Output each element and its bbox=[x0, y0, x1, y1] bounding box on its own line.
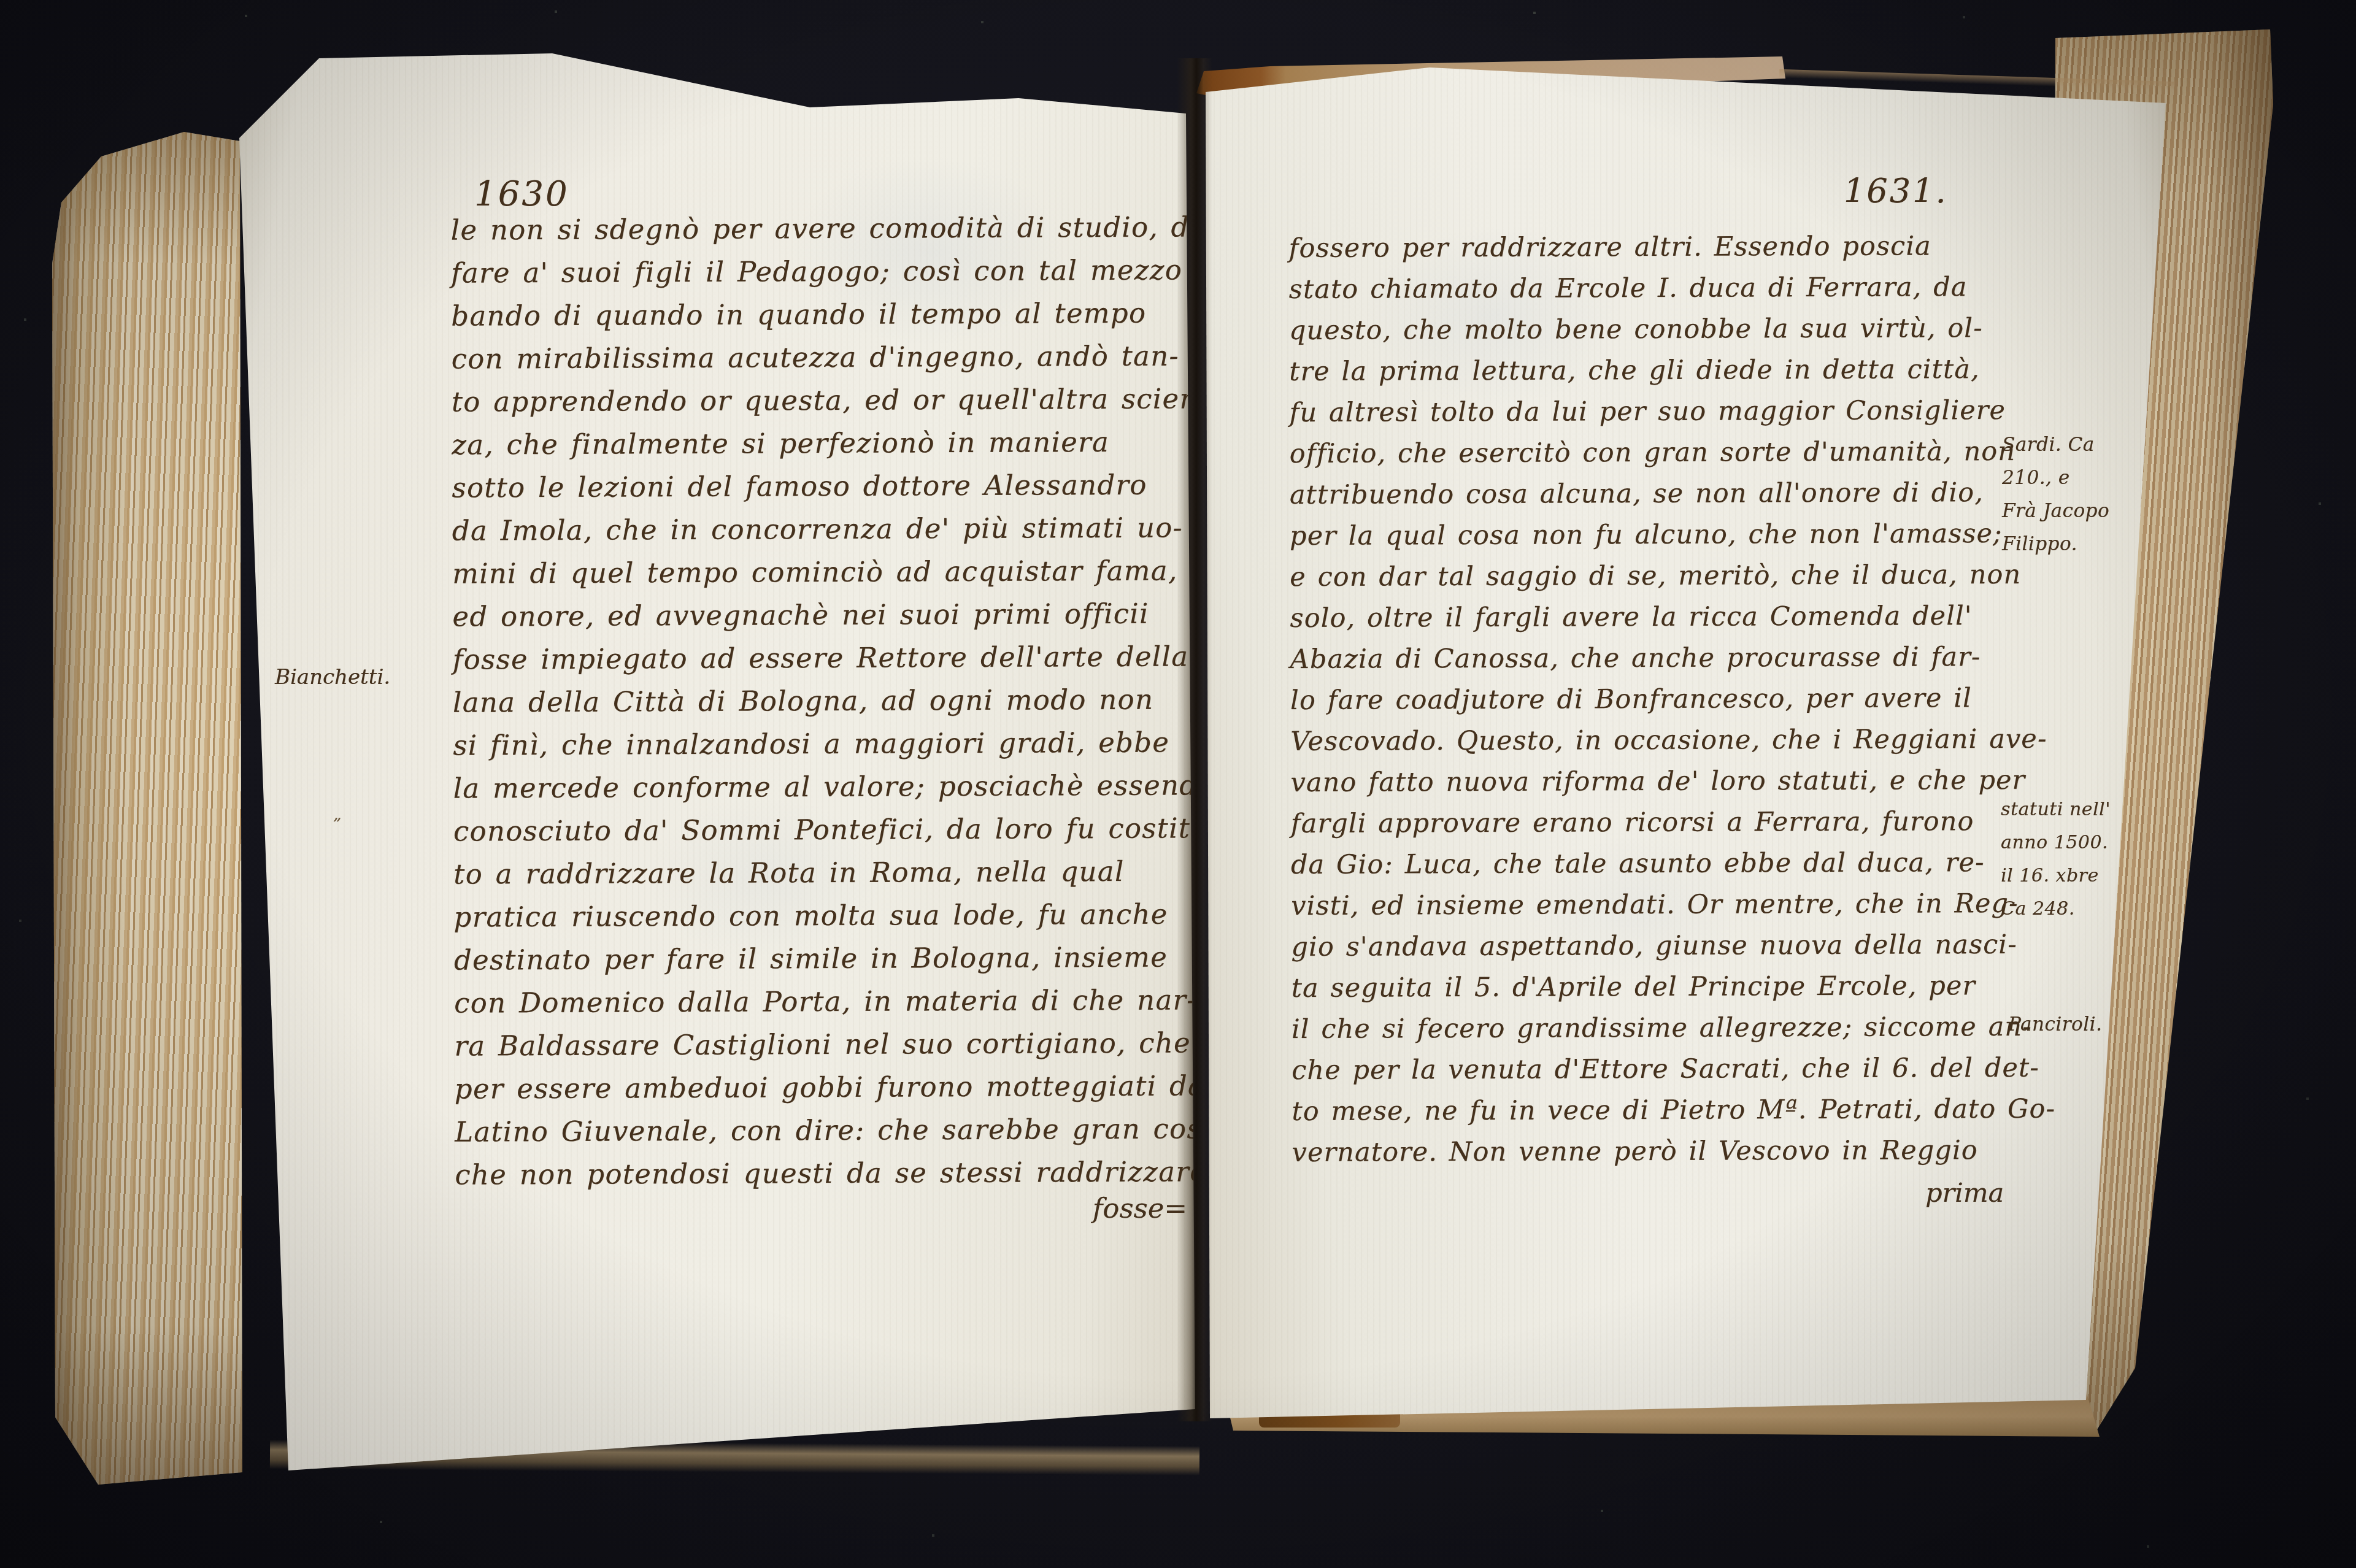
right-margin-note-panciroli: Panciroli. bbox=[2008, 1008, 2102, 1041]
manuscript-line: Vescovado. Questo, in occasione, che i R… bbox=[1290, 719, 1984, 763]
manuscript-line: per essere ambeduoi gobbi furono mottegg… bbox=[455, 1064, 1185, 1110]
manuscript-line: e con dar tal saggio di se, meritò, che … bbox=[1290, 555, 1983, 598]
dust-specks bbox=[0, 0, 1, 1]
manuscript-line: da Gio: Luca, che tale asunto ebbe dal d… bbox=[1291, 842, 1984, 886]
manuscript-line: che per la venuta d'Ettore Sacrati, che … bbox=[1292, 1048, 1985, 1091]
manuscript-line: officio, che esercitò con gran sorte d'u… bbox=[1289, 431, 1982, 475]
manuscript-line: mini di quel tempo cominciò ad acquistar… bbox=[452, 549, 1182, 595]
manuscript-line: conosciuto da' Sommi Pontefici, da loro … bbox=[453, 807, 1184, 853]
manuscript-line: lana della Città di Bologna, ad ogni mod… bbox=[453, 678, 1183, 724]
book-fore-edge-left bbox=[52, 129, 244, 1488]
right-margin-note-statuti: statuti nell'anno 1500.il 16. xbreCa 248… bbox=[2001, 793, 2111, 926]
manuscript-line: to apprendendo or questa, ed or quell'al… bbox=[452, 377, 1182, 423]
manuscript-line: questo, che molto bene conobbe la sua vi… bbox=[1289, 308, 1982, 352]
manuscript-line: bando di quando in quando il tempo al te… bbox=[451, 291, 1181, 337]
manuscript-line: to mese, ne fu in vece di Pietro Mª. Pet… bbox=[1292, 1089, 1985, 1132]
manuscript-line: con mirabilissima acutezza d'ingegno, an… bbox=[451, 334, 1181, 380]
manuscript-line: per la qual cosa non fu alcuno, che non … bbox=[1290, 513, 1983, 557]
margin-note-line: Frà Jacopo bbox=[2002, 494, 2109, 528]
book-gutter-shadow bbox=[1177, 58, 1212, 1421]
manuscript-line: gio s'andava aspettando, giunse nuova de… bbox=[1291, 924, 1984, 968]
manuscript-line: si finì, che innalzandosi a maggiori gra… bbox=[453, 721, 1183, 767]
left-margin-mark: „ bbox=[333, 805, 341, 824]
margin-note-line: 210., e bbox=[2002, 461, 2109, 494]
manuscript-line: fargli approvare erano ricorsi a Ferrara… bbox=[1291, 801, 1984, 845]
manuscript-line: ra Baldassare Castiglioni nel suo cortig… bbox=[454, 1021, 1184, 1067]
manuscript-line: fossero per raddrizzare altri. Essendo p… bbox=[1288, 226, 1982, 269]
manuscript-line: lo fare coadjutore di Bonfrancesco, per … bbox=[1290, 678, 1984, 721]
margin-note-line: Panciroli. bbox=[2008, 1008, 2102, 1041]
manuscript-line: fosse impiegato ad essere Rettore dell'a… bbox=[453, 635, 1183, 681]
manuscript-line: pratica riuscendo con molta sua lode, fu… bbox=[453, 893, 1184, 939]
right-page: 1631. fossero per raddrizzare altri. Ess… bbox=[1201, 36, 2171, 1443]
margin-note-line: Ca 248. bbox=[2001, 893, 2111, 926]
manuscript-line: fu altresì tolto da lui per suo maggior … bbox=[1289, 390, 1982, 434]
manuscript-line: stato chiamato da Ercole I. duca di Ferr… bbox=[1289, 267, 1982, 310]
left-page: 1630 le non si sdegnò per avere comodità… bbox=[233, 52, 1199, 1475]
manuscript-line: vano fatto nuova riforma de' loro statut… bbox=[1290, 760, 1984, 804]
left-margin-note: Bianchetti. bbox=[275, 665, 390, 690]
left-page-catchword: fosse= bbox=[972, 1192, 1187, 1224]
manuscript-line: visti, ed insieme emendati. Or mentre, c… bbox=[1291, 883, 1984, 927]
manuscript-line: che non potendosi questi da se stessi ra… bbox=[455, 1150, 1185, 1196]
manuscript-line: destinato per fare il simile in Bologna,… bbox=[454, 936, 1184, 982]
manuscript-line: attribuendo cosa alcuna, se non all'onor… bbox=[1290, 472, 1983, 516]
margin-note-line: Filippo. bbox=[2002, 528, 2109, 561]
manuscript-line: il che si fecero grandissime allegrezze;… bbox=[1292, 1007, 1985, 1050]
manuscript-line: sotto le lezioni del famoso dottore Ales… bbox=[452, 463, 1182, 509]
manuscript-line: Abazia di Canossa, che anche procurasse … bbox=[1290, 637, 1984, 680]
right-margin-note-sardi: Sardi. Ca210., eFrà JacopoFilippo. bbox=[2002, 428, 2109, 561]
manuscript-line: vernatore. Non venne però il Vescovo in … bbox=[1292, 1130, 1985, 1174]
manuscript-line: da Imola, che in concorrenza de' più sti… bbox=[452, 506, 1182, 552]
manuscript-line: fare a' suoi figli il Pedagogo; così con… bbox=[451, 248, 1181, 294]
left-page-text: le non si sdegnò per avere comodità di s… bbox=[450, 206, 1185, 1196]
manuscript-line: la mercede conforme al valore; posciachè… bbox=[453, 764, 1183, 810]
right-page-catchword: prima bbox=[1925, 1178, 2004, 1209]
manuscript-line: con Domenico dalla Porta, in materia di … bbox=[454, 978, 1184, 1024]
manuscript-line: Latino Giuvenale, con dire: che sarebbe … bbox=[455, 1107, 1185, 1153]
manuscript-line: ta seguita il 5. d'Aprile del Principe E… bbox=[1292, 966, 1985, 1009]
manuscript-line: tre la prima lettura, che gli diede in d… bbox=[1289, 349, 1982, 393]
manuscript-line: za, che finalmente si perfezionò in mani… bbox=[452, 420, 1182, 466]
manuscript-line: to a raddrizzare la Rota in Roma, nella … bbox=[453, 850, 1184, 896]
margin-note-line: anno 1500. bbox=[2001, 826, 2111, 859]
margin-note-line: Sardi. Ca bbox=[2002, 428, 2109, 461]
manuscript-line: le non si sdegnò per avere comodità di s… bbox=[450, 206, 1180, 252]
right-page-year: 1631. bbox=[1844, 172, 1948, 210]
right-page-text: fossero per raddrizzare altri. Essendo p… bbox=[1288, 226, 1985, 1174]
margin-note-line: statuti nell' bbox=[2001, 793, 2111, 826]
margin-note-line: il 16. xbre bbox=[2001, 859, 2111, 893]
manuscript-line: ed onore, ed avvegnachè nei suoi primi o… bbox=[452, 592, 1182, 638]
photo-backdrop: 1630 le non si sdegnò per avere comodità… bbox=[0, 0, 2356, 1568]
manuscript-line: solo, oltre il fargli avere la ricca Com… bbox=[1290, 596, 1983, 639]
